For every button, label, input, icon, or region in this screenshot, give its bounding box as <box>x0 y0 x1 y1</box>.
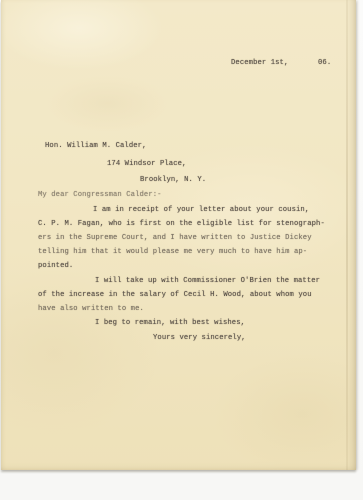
body-paragraph2-line2: of the increase in the salary of Cecil H… <box>38 291 312 300</box>
body-paragraph2-line3: have also written to me. <box>38 305 144 314</box>
recipient-city: Brooklyn, N. Y. <box>140 176 206 185</box>
body-paragraph1-line2: C. P. M. Fagan, who is first on the elig… <box>38 220 325 229</box>
letter-year: 06. <box>318 59 331 68</box>
body-paragraph1-line4: telling him that it would please me very… <box>38 248 307 257</box>
paper-crease <box>346 0 348 470</box>
salutation: My dear Congressman Calder:- <box>38 191 162 200</box>
scan-background: December 1st, 06. Hon. William M. Calder… <box>0 0 363 500</box>
body-paragraph1-line3: ers in the Supreme Court, and I have wri… <box>38 234 312 243</box>
recipient-street: 174 Windsor Place, <box>107 160 186 169</box>
recipient-name: Hon. William M. Calder, <box>45 142 147 151</box>
body-paragraph2-line1: I will take up with Commissioner O'Brien… <box>95 277 320 286</box>
letter-paper: December 1st, 06. Hon. William M. Calder… <box>1 0 356 470</box>
closing-line: I beg to remain, with best wishes, <box>95 319 245 328</box>
signoff-line: Yours very sincerely, <box>153 334 246 343</box>
body-paragraph1-line5: pointed. <box>38 262 73 271</box>
body-paragraph1-line1: I am in receipt of your letter about you… <box>93 206 309 215</box>
letter-date: December 1st, <box>231 59 288 68</box>
